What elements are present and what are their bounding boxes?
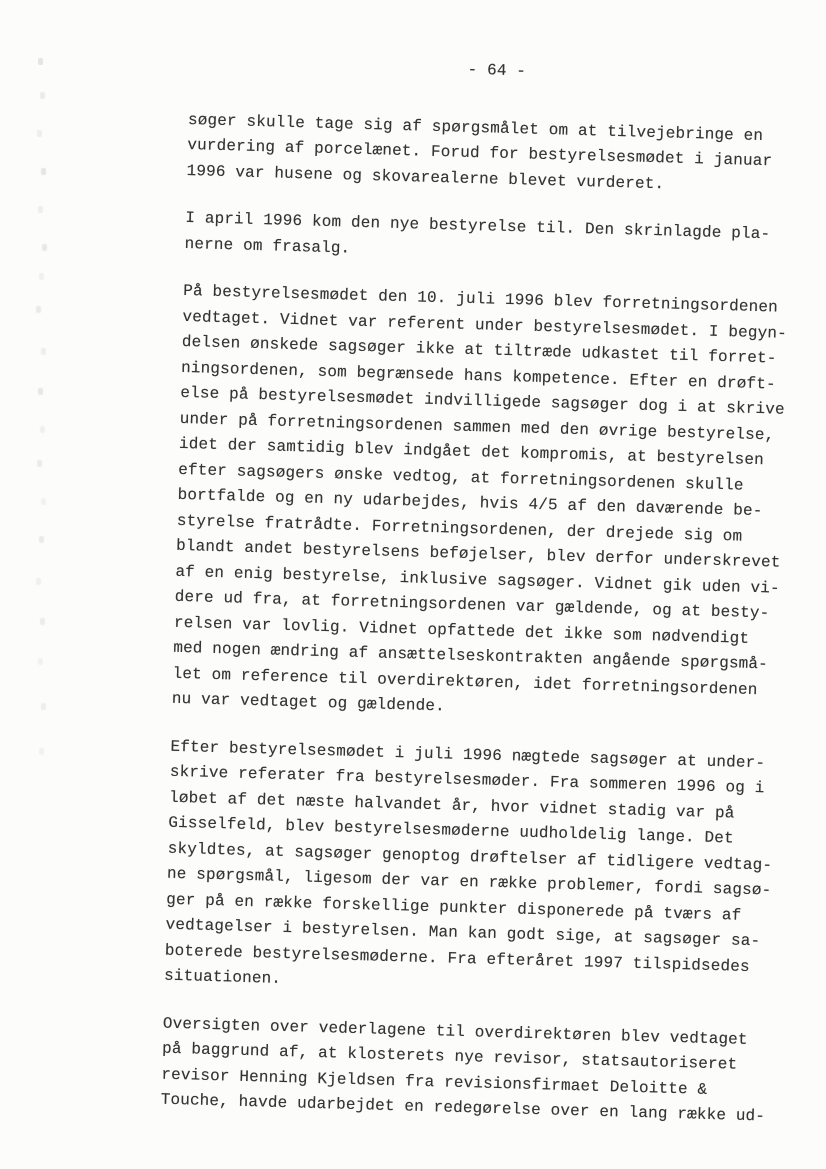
page-number: - 64 - bbox=[467, 58, 826, 94]
paragraph-4: Efter bestyrelsesmødet i juli 1996 nægte… bbox=[164, 734, 811, 1007]
paragraph-5: Oversigten over vederlagene til overdire… bbox=[160, 1011, 803, 1131]
document-body: - 64 - søger skulle tage sig af spørgsmå… bbox=[160, 50, 826, 1131]
paragraph-3: På bestyrelsesmødet den 10. juli 1996 bl… bbox=[172, 279, 824, 730]
scanned-document-page: - 64 - søger skulle tage sig af spørgsmå… bbox=[0, 0, 826, 1169]
paragraph-1: søger skulle tage sig af spørgsmålet om … bbox=[186, 107, 826, 201]
paragraph-2: I april 1996 kom den nye bestyrelse til.… bbox=[184, 206, 825, 275]
scan-smudge-artifact bbox=[38, 58, 43, 65]
